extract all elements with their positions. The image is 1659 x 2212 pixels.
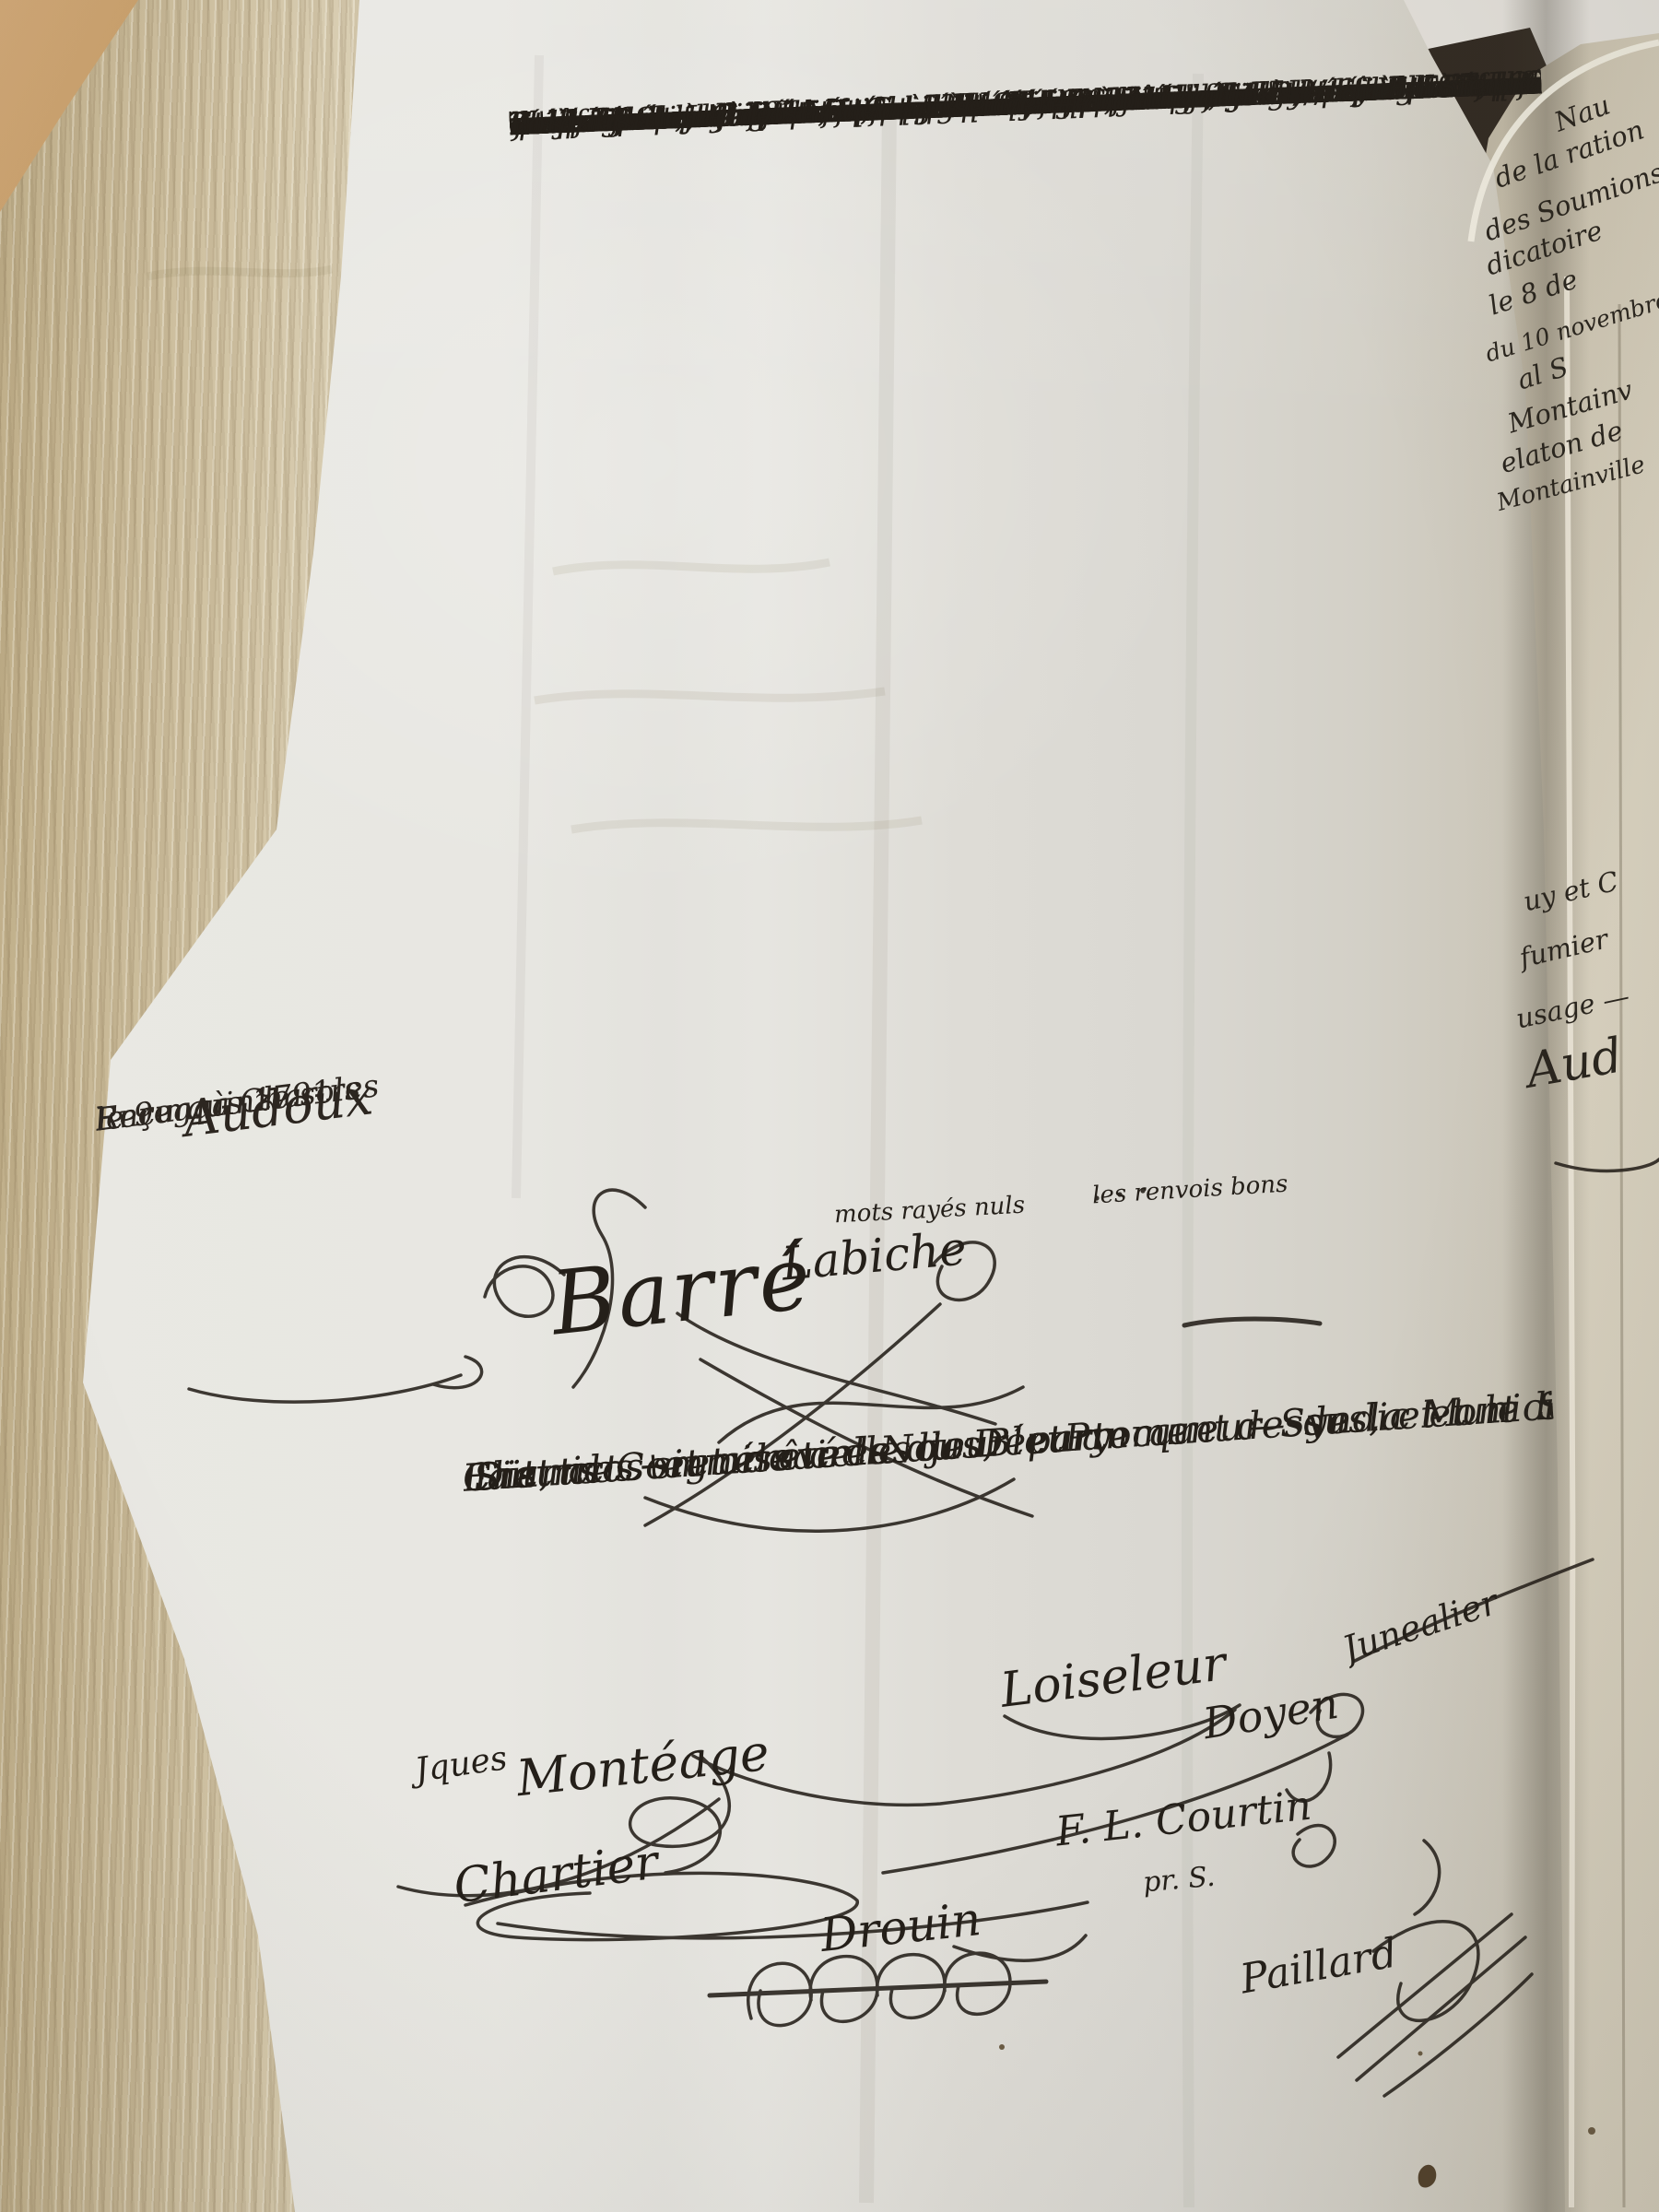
manuscript-photo: Enreg. à Chartres le 9 mars 1791 Reçu qu…	[0, 0, 1659, 2212]
signature-courtin-title: pr. S.	[1142, 1861, 1217, 1900]
main-text-block: ledit Sr adjudicataire fera douze annuit…	[509, 58, 1584, 1195]
